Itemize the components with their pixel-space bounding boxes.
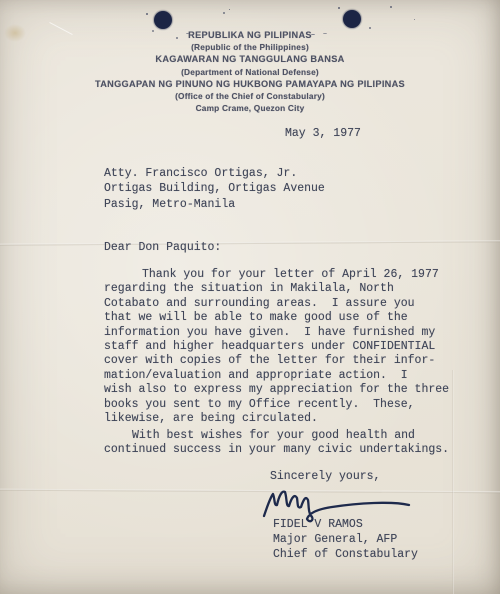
- salutation: Dear Don Paquito:: [104, 241, 221, 255]
- letterhead: REPUBLIKA NG PILIPINAS (Republic of the …: [0, 29, 500, 114]
- body-line: continued success in your many civic und…: [104, 443, 449, 457]
- paper-crease: [0, 489, 500, 494]
- letter-date: May 3, 1977: [285, 127, 361, 141]
- signature-block: FIDEL V RAMOS Major General, AFP Chief o…: [273, 517, 418, 563]
- letterhead-line-tagalog-republic: REPUBLIKA NG PILIPINAS: [0, 29, 500, 41]
- paper-crease: [0, 240, 500, 245]
- signer-title: Chief of Constabulary: [273, 547, 418, 562]
- recipient-name: Atty. Francisco Ortigas, Jr.: [104, 166, 325, 181]
- body-line: Thank you for your letter of April 26, 1…: [104, 268, 449, 282]
- body-line: With best wishes for your good health an…: [104, 429, 449, 443]
- body-line: that we will be able to make good use of…: [104, 311, 449, 325]
- body-paragraph-1: Thank you for your letter of April 26, 1…: [104, 268, 449, 426]
- letter-page: REPUBLIKA NG PILIPINAS (Republic of the …: [0, 0, 500, 594]
- letterhead-line-tagalog-department: KAGAWARAN NG TANGGULANG BANSA: [0, 53, 500, 65]
- body-paragraph-2: With best wishes for your good health an…: [104, 429, 449, 458]
- letterhead-line-english-department: (Department of National Defense): [0, 66, 500, 78]
- body-line: wish also to express my appreciation for…: [104, 383, 449, 397]
- body-line: likewise, are being circulated.: [104, 412, 449, 426]
- recipient-building: Ortigas Building, Ortigas Avenue: [104, 181, 325, 196]
- body-line: regarding the situation in Makilala, Nor…: [104, 282, 449, 296]
- ink-dot-right: [343, 10, 361, 28]
- body-line: cover with copies of the letter for thei…: [104, 354, 449, 368]
- ink-dot-left: [154, 11, 172, 29]
- body-line: books you sent to my Office recently. Th…: [104, 398, 449, 412]
- letterhead-line-address: Camp Crame, Quezon City: [0, 102, 500, 114]
- body-line: mation/evaluation and appropriate action…: [104, 369, 449, 383]
- letterhead-line-english-office: (Office of the Chief of Constabulary): [0, 90, 500, 102]
- body-line: staff and higher headquarters under CONF…: [104, 340, 449, 354]
- body-line: information you have given. I have furni…: [104, 326, 449, 340]
- recipient-address: Atty. Francisco Ortigas, Jr. Ortigas Bui…: [104, 166, 325, 212]
- letterhead-line-english-republic: (Republic of the Philippines): [0, 41, 500, 53]
- body-line: Cotabato and surrounding areas. I assure…: [104, 297, 449, 311]
- recipient-city: Pasig, Metro-Manila: [104, 197, 325, 212]
- paper-crease-vertical: [452, 370, 454, 594]
- letterhead-line-tagalog-office: TANGGAPAN NG PINUNO NG HUKBONG PAMAYAPA …: [0, 78, 500, 90]
- signer-name: FIDEL V RAMOS: [273, 517, 418, 532]
- signer-rank: Major General, AFP: [273, 532, 418, 547]
